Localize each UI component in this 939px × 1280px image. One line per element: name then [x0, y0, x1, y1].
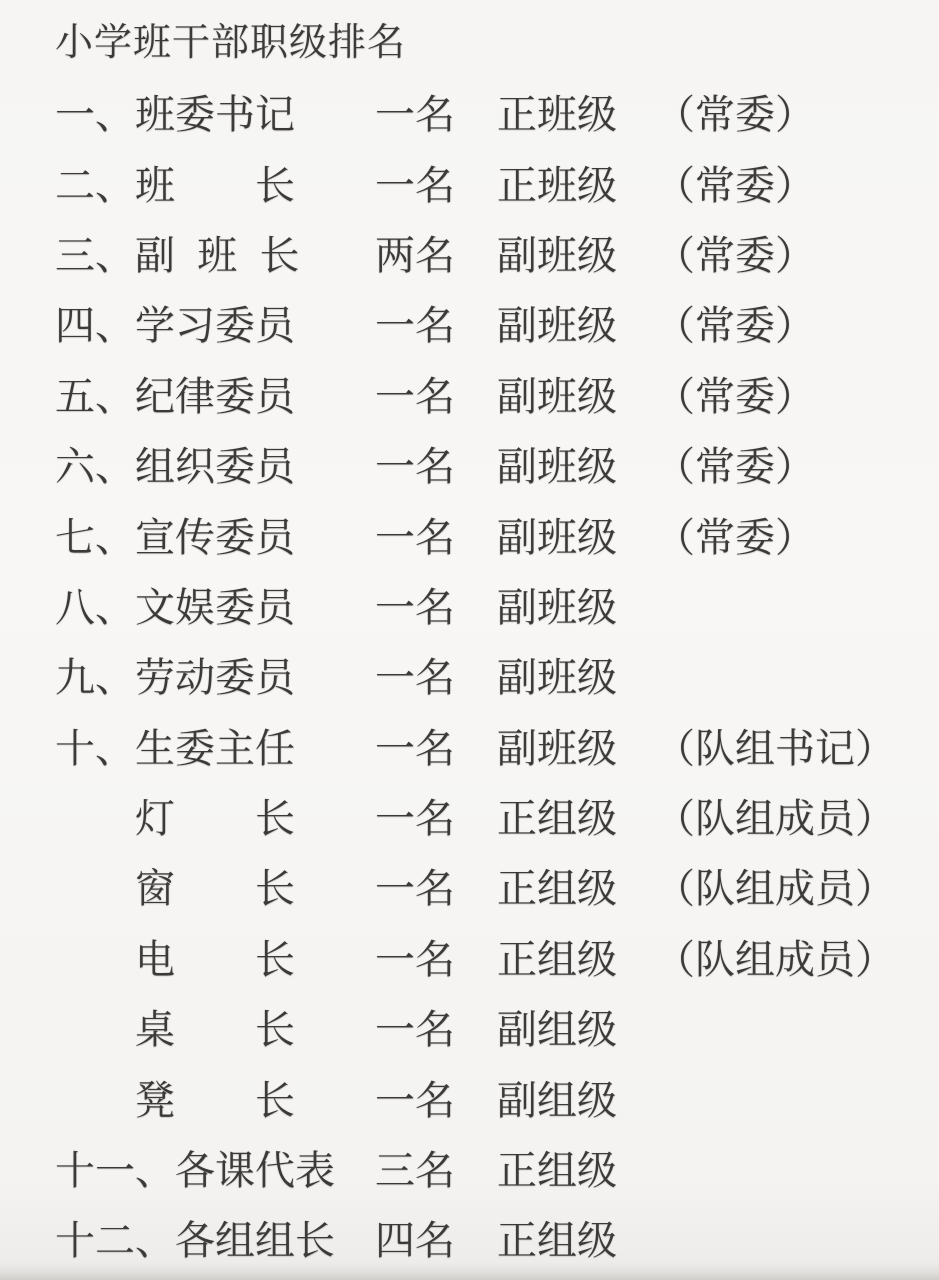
rank-row: 桌 长 一名 副组级: [0, 995, 939, 1065]
rank-row: 十、生委主任 一名 副班级 （队组书记）: [0, 714, 939, 784]
position-label: 桌 长: [55, 1010, 375, 1050]
rank-level-value: 副班级: [497, 377, 655, 417]
headcount-value: 四名: [375, 1221, 497, 1261]
note-value: （队组成员）: [655, 799, 939, 839]
rank-row: 九、劳动委员 一名 副班级: [0, 643, 939, 713]
rank-level-value: 正组级: [497, 799, 655, 839]
rank-row: 四、学习委员 一名 副班级 （常委）: [0, 291, 939, 361]
rank-row: 十一、各课代表 三名 正组级: [0, 1136, 939, 1206]
rank-level-value: 副班级: [497, 518, 655, 558]
headcount-value: 一名: [375, 447, 497, 487]
position-label: 十二、各组组长: [55, 1221, 375, 1261]
rank-level-value: 副班级: [497, 306, 655, 346]
rank-level-value: 副班级: [497, 729, 655, 769]
headcount-value: 三名: [375, 1151, 497, 1191]
note-value: （常委）: [655, 166, 939, 206]
rank-level-value: 副班级: [497, 588, 655, 628]
position-label: 一、班委书记: [55, 95, 375, 135]
document-photo: 小学班干部职级排名 一、班委书记 一名 正班级 （常委） 二、班 长 一名 正班…: [0, 0, 939, 1280]
position-label: 九、劳动委员: [55, 658, 375, 698]
position-label: 灯 长: [55, 799, 375, 839]
rank-row: 凳 长 一名 副组级: [0, 1065, 939, 1135]
rank-row: 电 长 一名 正组级 （队组成员）: [0, 925, 939, 995]
headcount-value: 一名: [375, 306, 497, 346]
rank-row: 三、副 班 长 两名 副班级 （常委）: [0, 221, 939, 291]
note-value: （常委）: [655, 95, 939, 135]
headcount-value: 一名: [375, 588, 497, 628]
note-value: （队组成员）: [655, 869, 939, 909]
rank-level-value: 副组级: [497, 1081, 655, 1121]
headcount-value: 一名: [375, 518, 497, 558]
headcount-value: 一名: [375, 729, 497, 769]
headcount-value: 一名: [375, 869, 497, 909]
rank-row: 八、文娱委员 一名 副班级: [0, 573, 939, 643]
headcount-value: 一名: [375, 799, 497, 839]
position-label: 二、班 长: [55, 166, 375, 206]
page-title: 小学班干部职级排名: [0, 0, 939, 62]
rank-row: 窗 长 一名 正组级 （队组成员）: [0, 854, 939, 924]
position-label: 四、学习委员: [55, 306, 375, 346]
rank-level-value: 正班级: [497, 95, 655, 135]
position-label: 十、生委主任: [55, 729, 375, 769]
rank-row: 七、宣传委员 一名 副班级 （常委）: [0, 502, 939, 572]
rank-level-value: 副班级: [497, 658, 655, 698]
headcount-value: 一名: [375, 940, 497, 980]
note-value: （常委）: [655, 518, 939, 558]
position-label: 十一、各课代表: [55, 1151, 375, 1191]
rank-row: 十二、各组组长 四名 正组级: [0, 1206, 939, 1276]
position-label: 八、文娱委员: [55, 588, 375, 628]
rank-level-value: 正组级: [497, 940, 655, 980]
headcount-value: 一名: [375, 1081, 497, 1121]
position-label: 三、副 班 长: [55, 236, 375, 276]
rank-row: 一、班委书记 一名 正班级 （常委）: [0, 80, 939, 150]
note-value: （常委）: [655, 447, 939, 487]
rank-row: 灯 长 一名 正组级 （队组成员）: [0, 784, 939, 854]
position-label: 电 长: [55, 940, 375, 980]
note-value: （常委）: [655, 306, 939, 346]
rank-row: 六、组织委员 一名 副班级 （常委）: [0, 432, 939, 502]
headcount-value: 一名: [375, 95, 497, 135]
rank-level-value: 副班级: [497, 236, 655, 276]
position-label: 五、纪律委员: [55, 377, 375, 417]
headcount-value: 一名: [375, 658, 497, 698]
rank-row: 五、纪律委员 一名 副班级 （常委）: [0, 362, 939, 432]
rank-level-value: 正组级: [497, 1221, 655, 1261]
rank-level-value: 正组级: [497, 869, 655, 909]
headcount-value: 一名: [375, 1010, 497, 1050]
note-value: （常委）: [655, 236, 939, 276]
rank-list: 一、班委书记 一名 正班级 （常委） 二、班 长 一名 正班级 （常委） 三、副…: [0, 80, 939, 1277]
rank-level-value: 副组级: [497, 1010, 655, 1050]
rank-level-value: 正组级: [497, 1151, 655, 1191]
position-label: 凳 长: [55, 1081, 375, 1121]
headcount-value: 两名: [375, 236, 497, 276]
position-label: 七、宣传委员: [55, 518, 375, 558]
position-label: 窗 长: [55, 869, 375, 909]
note-value: （队组成员）: [655, 940, 939, 980]
rank-row: 二、班 长 一名 正班级 （常委）: [0, 150, 939, 220]
position-label: 六、组织委员: [55, 447, 375, 487]
note-value: （队组书记）: [655, 729, 939, 769]
headcount-value: 一名: [375, 166, 497, 206]
note-value: （常委）: [655, 377, 939, 417]
rank-level-value: 正班级: [497, 166, 655, 206]
headcount-value: 一名: [375, 377, 497, 417]
rank-level-value: 副班级: [497, 447, 655, 487]
